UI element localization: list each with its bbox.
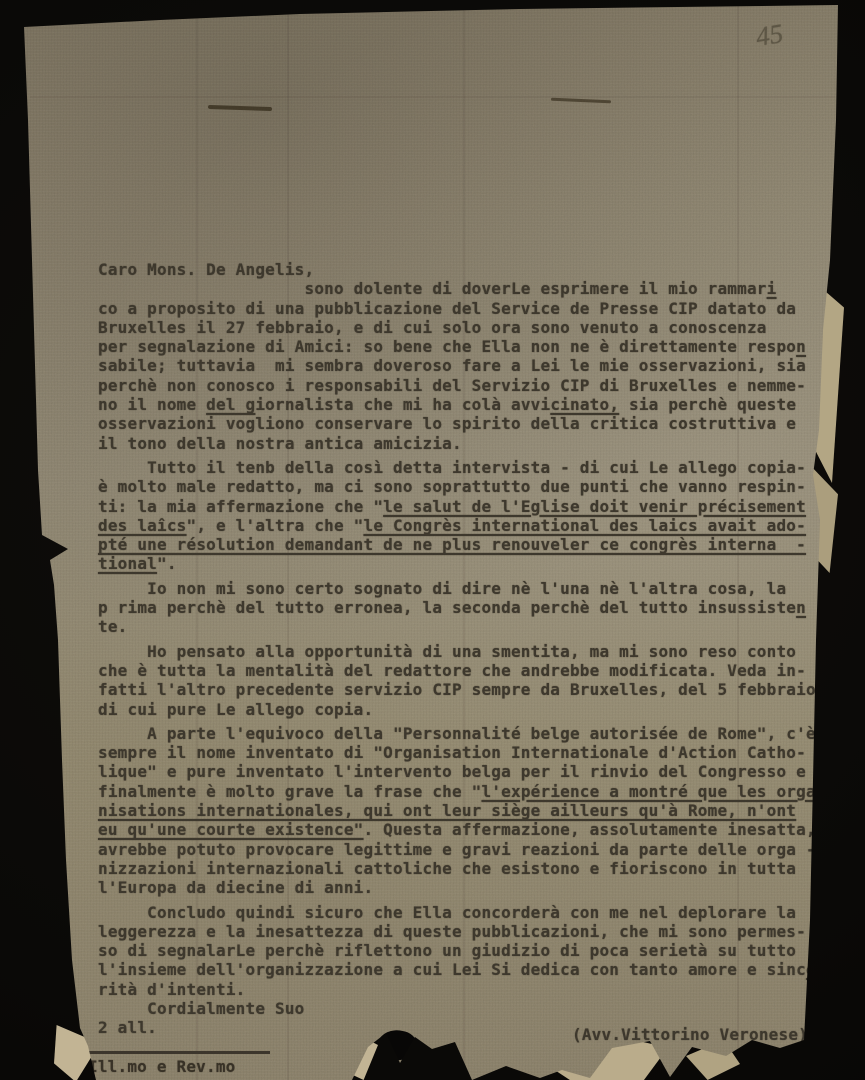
text-segment: ", e l'altra che " <box>187 516 364 535</box>
letter-line: Tutto il tenb della così detta intervist… <box>98 458 828 477</box>
scan-background: 45 Caro Mons. De Angelis, sono dolente d… <box>0 0 865 1080</box>
pencil-mark-left <box>208 105 272 111</box>
text-segment: osservazioni vogliono conservare lo spir… <box>98 414 796 433</box>
footer-rule <box>88 1051 270 1054</box>
text-segment: Concludo quindi sicuro che Ella concorde… <box>98 903 796 922</box>
text-segment: . Questa affermazione, assolutamente ine… <box>364 820 816 839</box>
footer: Ill.mo e Rev.mo <box>88 1051 270 1076</box>
letter-line: lique" e pure inventato l'intervento bel… <box>98 762 828 781</box>
underlined-text: le Congrès international des laics avait… <box>364 516 806 535</box>
underlined-text: eu qu'une courte existence" <box>98 820 364 839</box>
letter-line: Concludo quindi sicuro che Ella concorde… <box>98 903 828 922</box>
letter-paragraph: Ho pensato alla opportunità di una sment… <box>98 642 828 719</box>
letter-line: Bruxelles il 27 febbraio, e di cui solo … <box>98 318 828 337</box>
text-segment: per segnalazione di Amici: so bene che E… <box>98 337 796 356</box>
text-segment: Ho pensato alla opportunità di una sment… <box>98 642 796 661</box>
letter-line: nisations internationales, qui ont leur … <box>98 801 828 820</box>
letter-line: sono dolente di doverLe esprimere il mio… <box>98 279 828 298</box>
letter-line: l'Europa da diecine di anni. <box>98 878 828 897</box>
signature: (Avv.Vittorino Veronese) <box>572 1025 808 1044</box>
text-segment: so di segnalarLe perchè riflettono un gi… <box>98 941 796 960</box>
letter-line: di cui pure Le allego copia. <box>98 700 828 719</box>
letter-line: finalmente è molto grave la frase che "l… <box>98 782 828 801</box>
text-segment: perchè non conosco i responsabili del Se… <box>98 376 806 395</box>
text-segment: te. <box>98 617 128 636</box>
signature-row: 2 all. (Avv.Vittorino Veronese) <box>98 1018 828 1037</box>
letter-line: A parte l'equivoco della "Personnalité b… <box>98 724 828 743</box>
underlined-text: pté une résolution demandant de ne plus … <box>98 535 806 554</box>
letter-paragraph: Caro Mons. De Angelis, sono dolente di d… <box>98 260 828 453</box>
text-segment: iornalista che mi ha colà avvi <box>255 395 550 414</box>
underlined-text: e <box>806 960 816 979</box>
letter-line: ti: la mia affermazione che "le salut de… <box>98 497 828 516</box>
text-segment: Bruxelles il 27 febbraio, e di cui solo … <box>98 318 767 337</box>
text-segment: di cui pure Le allego copia. <box>98 700 373 719</box>
text-segment: p rima perchè del tutto erronea, la seco… <box>98 598 796 617</box>
underlined-text: n <box>796 337 806 356</box>
underlined-text: del g <box>206 395 255 414</box>
text-segment: rità d'intenti. <box>98 980 246 999</box>
letter-line: so di segnalarLe perchè riflettono un gi… <box>98 941 828 960</box>
text-segment: sabile; tuttavia mi sembra doveroso fare… <box>98 356 806 375</box>
text-segment: no il nome <box>98 395 206 414</box>
letter-line: nizzazioni internazionali cattoliche che… <box>98 859 828 878</box>
text-segment: l'Europa da diecine di anni. <box>98 878 373 897</box>
text-segment: ti: la mia affermazione che " <box>98 497 383 516</box>
text-segment: sempre il nome inventato di "Organisatio… <box>98 743 806 762</box>
underlined-text: le salut de l'Eglise doit venir précisem… <box>383 497 806 516</box>
underlined-text: l'expérience a montré que les orga <box>481 782 815 801</box>
letter-line: no il nome del giornalista che mi ha col… <box>98 395 828 414</box>
text-segment: A parte l'equivoco della "Personnalité b… <box>98 724 816 743</box>
letter-line: sabile; tuttavia mi sembra doveroso fare… <box>98 356 828 375</box>
text-segment: è molto male redatto, ma ci sono sopratt… <box>98 477 806 496</box>
underlined-text: tional <box>98 554 157 573</box>
text-segment: leggerezza e la inesattezza di queste pu… <box>98 922 806 941</box>
letter-line: perchè non conosco i responsabili del Se… <box>98 376 828 395</box>
text-segment: ". <box>157 554 177 573</box>
text-segment: Cordialmente Suo <box>98 999 305 1018</box>
pencil-mark-right <box>551 98 611 104</box>
attachments-note: 2 all. <box>98 1018 157 1037</box>
letter-line: tional". <box>98 554 828 573</box>
letter-line: fatti l'altro precedente servizio CIP se… <box>98 680 828 699</box>
text-segment: co a proposito di una pubblicazione del … <box>98 299 796 318</box>
letter-body: Caro Mons. De Angelis, sono dolente di d… <box>98 260 828 1018</box>
letter-line: l'insieme dell'organizzazione a cui Lei … <box>98 960 828 979</box>
letter-line: Caro Mons. De Angelis, <box>98 260 828 279</box>
text-segment: fatti l'altro precedente servizio CIP se… <box>98 680 816 699</box>
underlined-text: n <box>796 598 806 617</box>
letter-text: Caro Mons. De Angelis, sono dolente di d… <box>98 260 828 1038</box>
text-segment: Tutto il tenb della così detta intervist… <box>98 458 806 477</box>
text-segment: sia perchè queste <box>619 395 796 414</box>
handwritten-page-number: 45 <box>754 18 786 53</box>
letter-line: Io non mi sono certo sognato di dire nè … <box>98 579 828 598</box>
letter-line: Cordialmente Suo <box>98 999 828 1018</box>
letter-line: osservazioni vogliono conservare lo spir… <box>98 414 828 433</box>
letter-line: p rima perchè del tutto erronea, la seco… <box>98 598 828 617</box>
letter-line: avrebbe potuto provocare legittime e gra… <box>98 840 828 859</box>
letter-line: rità d'intenti. <box>98 980 828 999</box>
underlined-text: des laîcs <box>98 516 187 535</box>
text-segment: l'insieme dell'organizzazione a cui Lei … <box>98 960 806 979</box>
underlined-text: cinato, <box>550 395 619 414</box>
text-segment: che è tutta la mentalità del redattore c… <box>98 661 806 680</box>
text-segment: Caro Mons. De Angelis, <box>98 260 314 279</box>
letter-line: des laîcs", e l'altra che "le Congrès in… <box>98 516 828 535</box>
letter-line: per segnalazione di Amici: so bene che E… <box>98 337 828 356</box>
letter-paragraph: Tutto il tenb della così detta intervist… <box>98 458 828 574</box>
letter-line: Ho pensato alla opportunità di una sment… <box>98 642 828 661</box>
text-segment: Io non mi sono certo sognato di dire nè … <box>98 579 786 598</box>
letter-sheet: 45 Caro Mons. De Angelis, sono dolente d… <box>0 0 865 1080</box>
text-segment: finalmente è molto grave la frase che " <box>98 782 481 801</box>
crease-line <box>30 96 835 98</box>
text-segment: nizzazioni internazionali cattoliche che… <box>98 859 796 878</box>
text-segment: avrebbe potuto provocare legittime e gra… <box>98 840 816 859</box>
text-segment: il tono della nostra antica amicizia. <box>98 434 462 453</box>
letter-line: leggerezza e la inesattezza di queste pu… <box>98 922 828 941</box>
text-segment: lique" e pure inventato l'intervento bel… <box>98 762 806 781</box>
letter-line: che è tutta la mentalità del redattore c… <box>98 661 828 680</box>
letter-line: eu qu'une courte existence". Questa affe… <box>98 820 828 839</box>
letter-paragraph: A parte l'equivoco della "Personnalité b… <box>98 724 828 898</box>
text-segment: sono dolente di doverLe esprimere il mio… <box>98 279 767 298</box>
underlined-text: i <box>767 279 777 298</box>
footer-text: Ill.mo e Rev.mo <box>88 1057 270 1076</box>
letter-line: è molto male redatto, ma ci sono sopratt… <box>98 477 828 496</box>
underlined-text: nisations internationales, qui ont leur … <box>98 801 796 820</box>
letter-line: pté une résolution demandant de ne plus … <box>98 535 828 554</box>
letter-line: co a proposito di una pubblicazione del … <box>98 299 828 318</box>
letter-line: sempre il nome inventato di "Organisatio… <box>98 743 828 762</box>
letter-paragraph: Io non mi sono certo sognato di dire nè … <box>98 579 828 637</box>
letter-line: il tono della nostra antica amicizia. <box>98 434 828 453</box>
letter-paragraph: Concludo quindi sicuro che Ella concorde… <box>98 903 828 1019</box>
letter-line: te. <box>98 617 828 636</box>
